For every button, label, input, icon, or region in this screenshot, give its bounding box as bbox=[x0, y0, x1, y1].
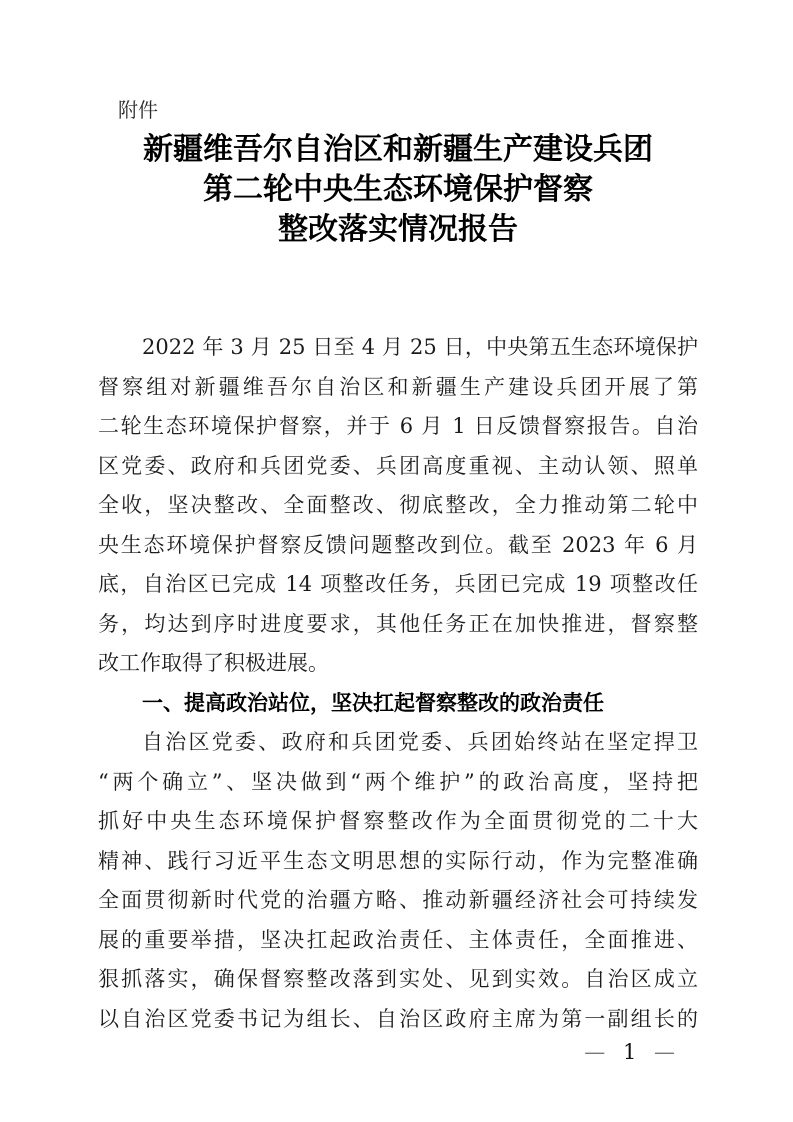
text-line: 务，均达到序时进度要求，其他任务正在加快推进，督察整 bbox=[98, 605, 698, 645]
text-line: 区党委、政府和兵团党委、兵团高度重视、主动认领、照单 bbox=[98, 447, 698, 487]
text-line: 展的重要举措，坚决扛起政治责任、主体责任，全面推进、 bbox=[98, 921, 698, 961]
text-line: “两个确立”、坚决做到“两个维护”的政治高度，坚持把 bbox=[98, 763, 698, 803]
heading-line: 一、提高政治站位，坚决扛起督察整改的政治责任 bbox=[98, 684, 698, 724]
section-heading: 一、提高政治站位，坚决扛起督察整改的政治责任 bbox=[98, 684, 698, 724]
footer-dash-left: — bbox=[584, 1040, 605, 1064]
body-paragraph: 2022 年 3 月 25 日至 4 月 25 日，中央第五生态环境保护督察组对… bbox=[98, 328, 698, 684]
page-footer: — 1 — bbox=[584, 1040, 675, 1064]
text-line: 底，自治区已完成 14 项整改任务，兵团已完成 19 项整改任 bbox=[98, 565, 698, 605]
text-line: 央生态环境保护督察反馈问题整改到位。截至 2023 年 6 月 bbox=[98, 526, 698, 566]
attachment-label: 附件 bbox=[118, 97, 158, 123]
text-line: 改工作取得了积极进展。 bbox=[98, 644, 698, 684]
text-line: 全面贯彻新时代党的治疆方略、推动新疆经济社会可持续发 bbox=[98, 881, 698, 921]
text-line: 以自治区党委书记为组长、自治区政府主席为第一副组长的 bbox=[98, 1000, 698, 1040]
text-line: 2022 年 3 月 25 日至 4 月 25 日，中央第五生态环境保护 bbox=[98, 328, 698, 368]
text-line: 自治区党委、政府和兵团党委、兵团始终站在坚定捍卫 bbox=[98, 723, 698, 763]
text-line: 狠抓落实，确保督察整改落到实处、见到实效。自治区成立 bbox=[98, 960, 698, 1000]
text-line: 全收，坚决整改、全面整改、彻底整改，全力推动第二轮中 bbox=[98, 486, 698, 526]
text-line: 二轮生态环境保护督察，并于 6 月 1 日反馈督察报告。自治 bbox=[98, 407, 698, 447]
document-page: 附件 新疆维吾尔自治区和新疆生产建设兵团第二轮中央生态环境保护督察整改落实情况报… bbox=[0, 0, 793, 1122]
title-line: 整改落实情况报告 bbox=[98, 210, 698, 250]
text-line: 精神、践行习近平生态文明思想的实际行动，作为完整准确 bbox=[98, 842, 698, 882]
page-number: 1 bbox=[623, 1040, 636, 1064]
body-paragraph: 自治区党委、政府和兵团党委、兵团始终站在坚定捍卫“两个确立”、坚决做到“两个维护… bbox=[98, 723, 698, 1039]
title-line: 第二轮中央生态环境保护督察 bbox=[98, 170, 698, 210]
text-line: 督察组对新疆维吾尔自治区和新疆生产建设兵团开展了第 bbox=[98, 368, 698, 408]
document-body: 2022 年 3 月 25 日至 4 月 25 日，中央第五生态环境保护督察组对… bbox=[98, 328, 698, 1039]
text-line: 抓好中央生态环境保护督察整改作为全面贯彻党的二十大 bbox=[98, 802, 698, 842]
footer-dash-right: — bbox=[654, 1040, 675, 1064]
document-title: 新疆维吾尔自治区和新疆生产建设兵团第二轮中央生态环境保护督察整改落实情况报告 bbox=[98, 130, 698, 250]
title-line: 新疆维吾尔自治区和新疆生产建设兵团 bbox=[98, 130, 698, 170]
